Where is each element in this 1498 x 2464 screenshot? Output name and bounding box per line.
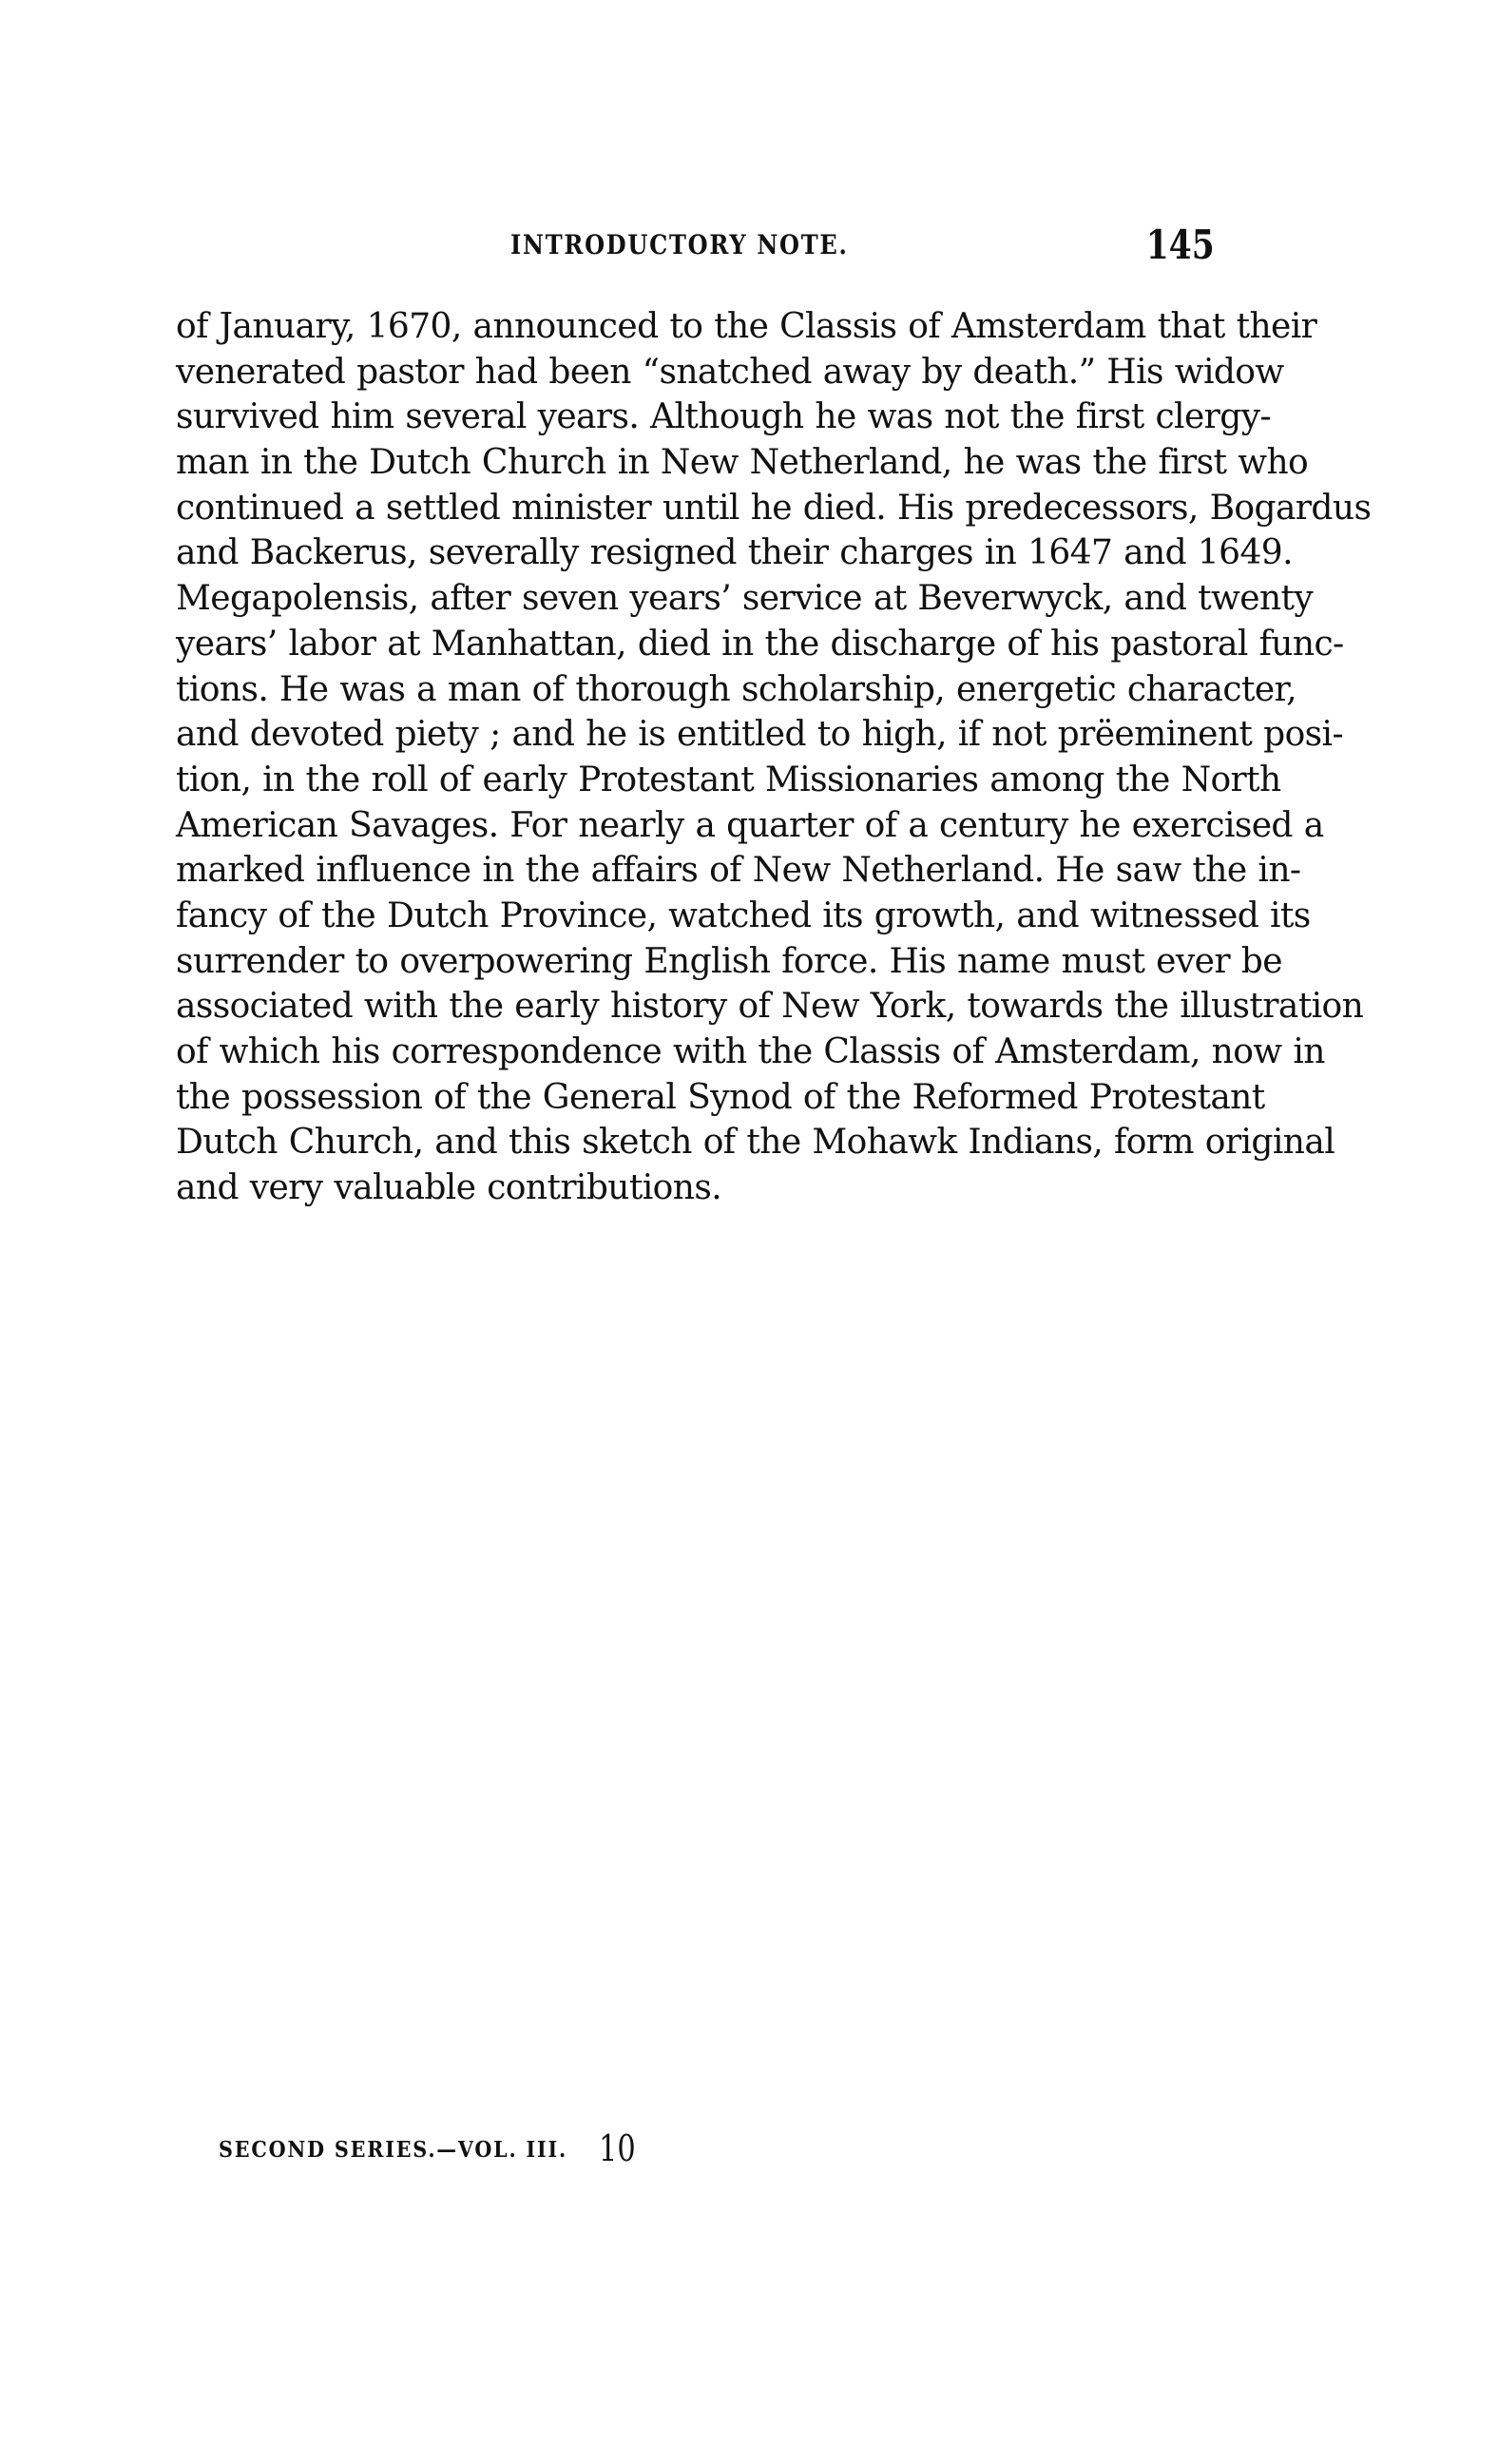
series-volume-label: SECOND SERIES.—VOL. III.	[219, 2137, 567, 2164]
text-line: surrender to overpowering English force.…	[176, 939, 1215, 985]
text-line: of which his correspondence with the Cla…	[176, 1030, 1215, 1075]
text-line: years’ labor at Manhattan, died in the d…	[176, 622, 1215, 667]
text-line: tion, in the roll of early Protestant Mi…	[176, 758, 1215, 803]
text-line: of January, 1670, announced to the Class…	[176, 304, 1215, 350]
running-title: INTRODUCTORY NOTE.	[510, 228, 849, 262]
text-line: survived him several years. Although he …	[176, 395, 1215, 440]
text-line-last: and very valuable contributions.	[176, 1165, 1215, 1211]
text-line: venerated pastor had been “snatched away…	[176, 350, 1215, 395]
text-line: marked influence in the affairs of New N…	[176, 848, 1215, 894]
running-head: INTRODUCTORY NOTE. 145	[176, 224, 1215, 270]
text-line: associated with the early history of New…	[176, 984, 1215, 1030]
text-line: and devoted piety ; and he is entitled t…	[176, 712, 1215, 758]
text-line: the possession of the General Synod of t…	[176, 1075, 1215, 1121]
text-line: Megapolensis, after seven years’ service…	[176, 576, 1215, 622]
signature-number: 10	[599, 2129, 636, 2167]
text-line: tions. He was a man of thorough scholars…	[176, 667, 1215, 713]
text-line: fancy of the Dutch Province, watched its…	[176, 894, 1215, 939]
text-line: American Savages. For nearly a quarter o…	[176, 803, 1215, 849]
body-paragraph: of January, 1670, announced to the Class…	[176, 304, 1215, 1211]
page-number: 145	[1146, 224, 1215, 266]
text-line: man in the Dutch Church in New Netherlan…	[176, 440, 1215, 486]
text-line: Dutch Church, and this sketch of the Moh…	[176, 1120, 1215, 1165]
text-line: continued a settled minister until he di…	[176, 486, 1215, 531]
text-line: and Backerus, severally resigned their c…	[176, 530, 1215, 576]
signature-mark: SECOND SERIES.—VOL. III. 10	[219, 2129, 694, 2167]
